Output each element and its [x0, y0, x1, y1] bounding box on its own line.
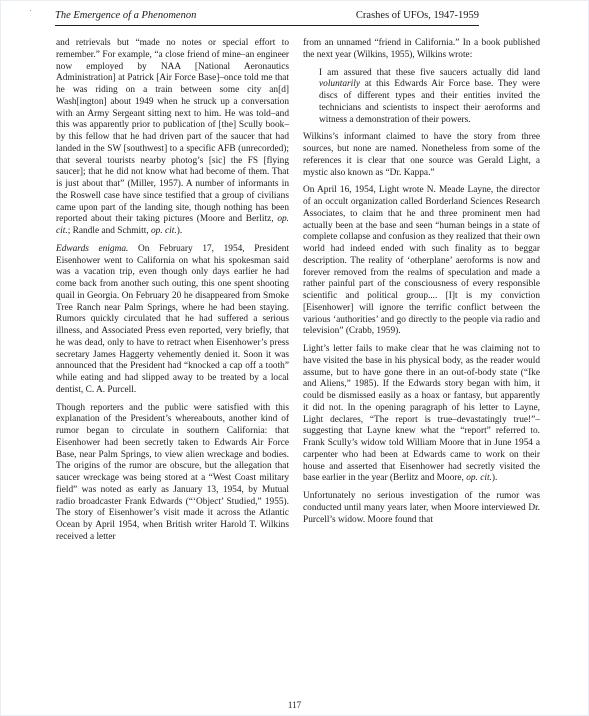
paragraph: Light’s letter fails to make clear that …: [303, 344, 540, 485]
paragraph: Edwards enigma. On February 17, 1954, Pr…: [56, 244, 289, 397]
paragraph: Though reporters and the public were sat…: [56, 403, 289, 544]
chapter-title: The Emergence of a Phenomenon: [55, 9, 196, 23]
paragraph: Wilkins’s informant claimed to have the …: [303, 132, 540, 179]
header-rule: [55, 25, 479, 26]
paragraph: from an unnamed “friend in California.” …: [303, 38, 540, 62]
running-header: The Emergence of a Phenomenon Crashes of…: [55, 9, 479, 23]
scan-speck: [30, 10, 31, 11]
left-column: and retrievals but “made no notes or spe…: [56, 38, 289, 550]
block-quote: I am assured that these five saucers act…: [319, 68, 540, 127]
run-in-heading: Edwards enigma.: [56, 244, 128, 254]
right-column: from an unnamed “friend in California.” …: [303, 38, 540, 532]
paragraph: On April 16, 1954, Light wrote N. Meade …: [303, 185, 540, 338]
section-title: Crashes of UFOs, 1947-1959: [356, 9, 479, 23]
page-number: 117: [0, 700, 589, 711]
paragraph: Unfortunately no serious investigation o…: [303, 491, 540, 526]
paragraph: and retrievals but “made no notes or spe…: [56, 38, 289, 238]
